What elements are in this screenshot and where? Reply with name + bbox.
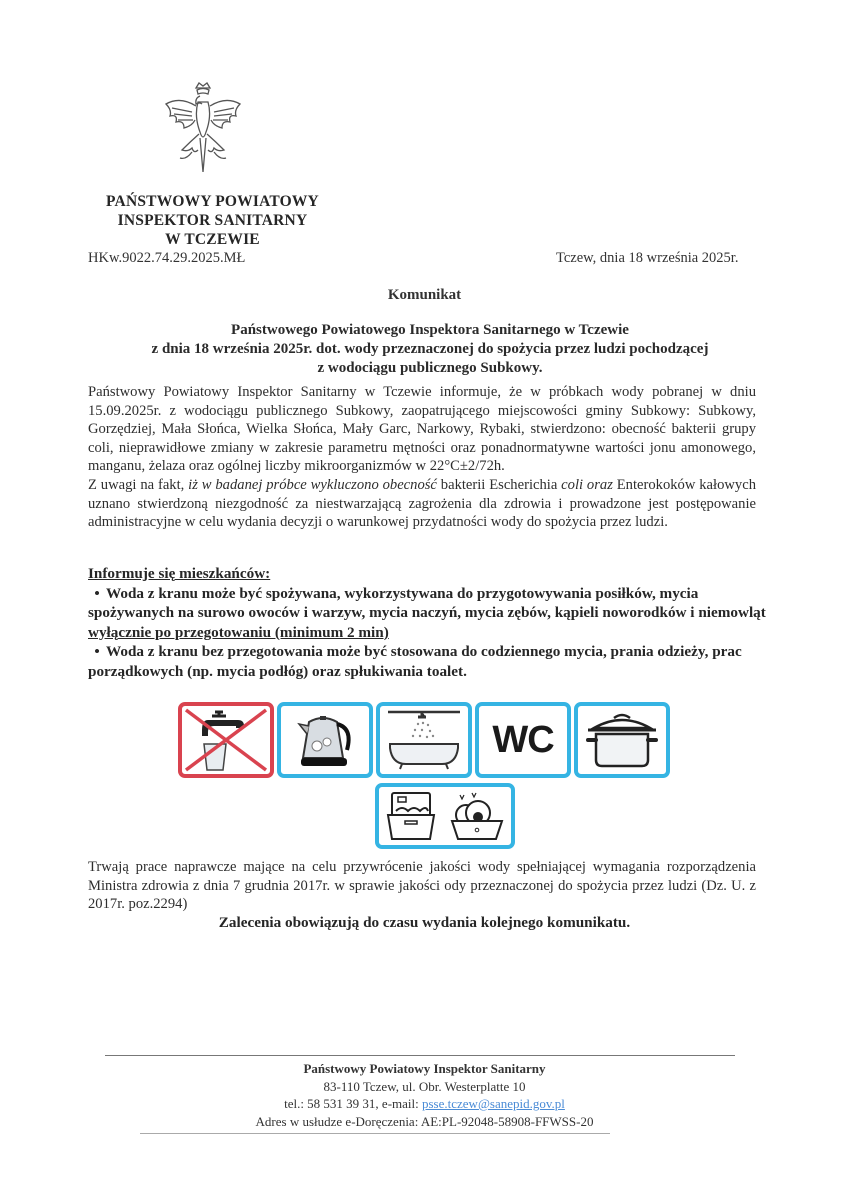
document-title: Komunikat: [0, 287, 849, 304]
notice-heading: Informuje się mieszkańców:: [88, 564, 768, 584]
eagle-emblem-icon: [162, 80, 244, 180]
subtitle-line-1: Państwowego Powiatowego Inspektora Sanit…: [80, 321, 780, 340]
document-subtitle: Państwowego Powiatowego Inspektora Sanit…: [80, 321, 780, 378]
footer-contact: tel.: 58 531 39 31, e-mail: psse.tczew@s…: [0, 1095, 849, 1113]
bath-shower-icon: [376, 702, 472, 778]
no-tap-water-drinking-icon: [178, 702, 274, 778]
authority-line-3: W TCZEWIE: [90, 230, 335, 249]
bullet-icon: •: [88, 642, 106, 662]
footer-divider: [105, 1055, 735, 1056]
kettle-icon: [277, 702, 373, 778]
footer-edelivery-address: Adres w usłudze e-Doręczenia: AE:PL-9204…: [0, 1113, 849, 1131]
authority-line-1: PAŃSTWOWY POWIATOWY: [90, 192, 335, 211]
footer-divider-bottom: [140, 1133, 610, 1134]
subtitle-line-2: z dnia 18 września 2025r. dot. wody prze…: [80, 340, 780, 359]
cooking-pot-icon: [574, 702, 670, 778]
footer: Państwowy Powiatowy Inspektor Sanitarny …: [0, 1060, 849, 1130]
closing-statement: Zalecenia obowiązują do czasu wydania ko…: [0, 914, 849, 932]
footer-address: 83-110 Tczew, ul. Obr. Westerplatte 10: [0, 1078, 849, 1096]
wc-icon: WC: [475, 702, 571, 778]
subtitle-line-3: z wodociągu publicznego Subkowy.: [80, 359, 780, 378]
usage-pictograms-row-2: [375, 783, 515, 849]
residents-notice: Informuje się mieszkańców: •Woda z kranu…: [88, 564, 768, 682]
notice-item-no-boil: •Woda z kranu bez przegotowania może być…: [88, 642, 768, 681]
email-link[interactable]: psse.tczew@sanepid.gov.pl: [422, 1096, 565, 1111]
place-and-date: Tczew, dnia 18 września 2025r.: [556, 250, 738, 267]
authority-line-2: INSPEKTOR SANITARNY: [90, 211, 335, 230]
reference-number: HKw.9022.74.29.2025.MŁ: [88, 250, 245, 267]
findings-paragraph: Państwowy Powiatowy Inspektor Sanitarny …: [88, 383, 756, 476]
usage-pictograms: WC: [178, 702, 670, 778]
notice-item-boil: •Woda z kranu może być spożywana, wykorz…: [88, 584, 768, 643]
dishwashing-icon: [375, 783, 515, 849]
repair-works-paragraph: Trwają prace naprawcze mające na celu pr…: [88, 858, 756, 914]
issuing-authority: PAŃSTWOWY POWIATOWY INSPEKTOR SANITARNY …: [90, 192, 335, 249]
footer-institution: Państwowy Powiatowy Inspektor Sanitarny: [0, 1060, 849, 1078]
bullet-icon: •: [88, 584, 106, 604]
assessment-paragraph: Z uwagi na fakt, iż w badanej próbce wyk…: [88, 476, 756, 532]
